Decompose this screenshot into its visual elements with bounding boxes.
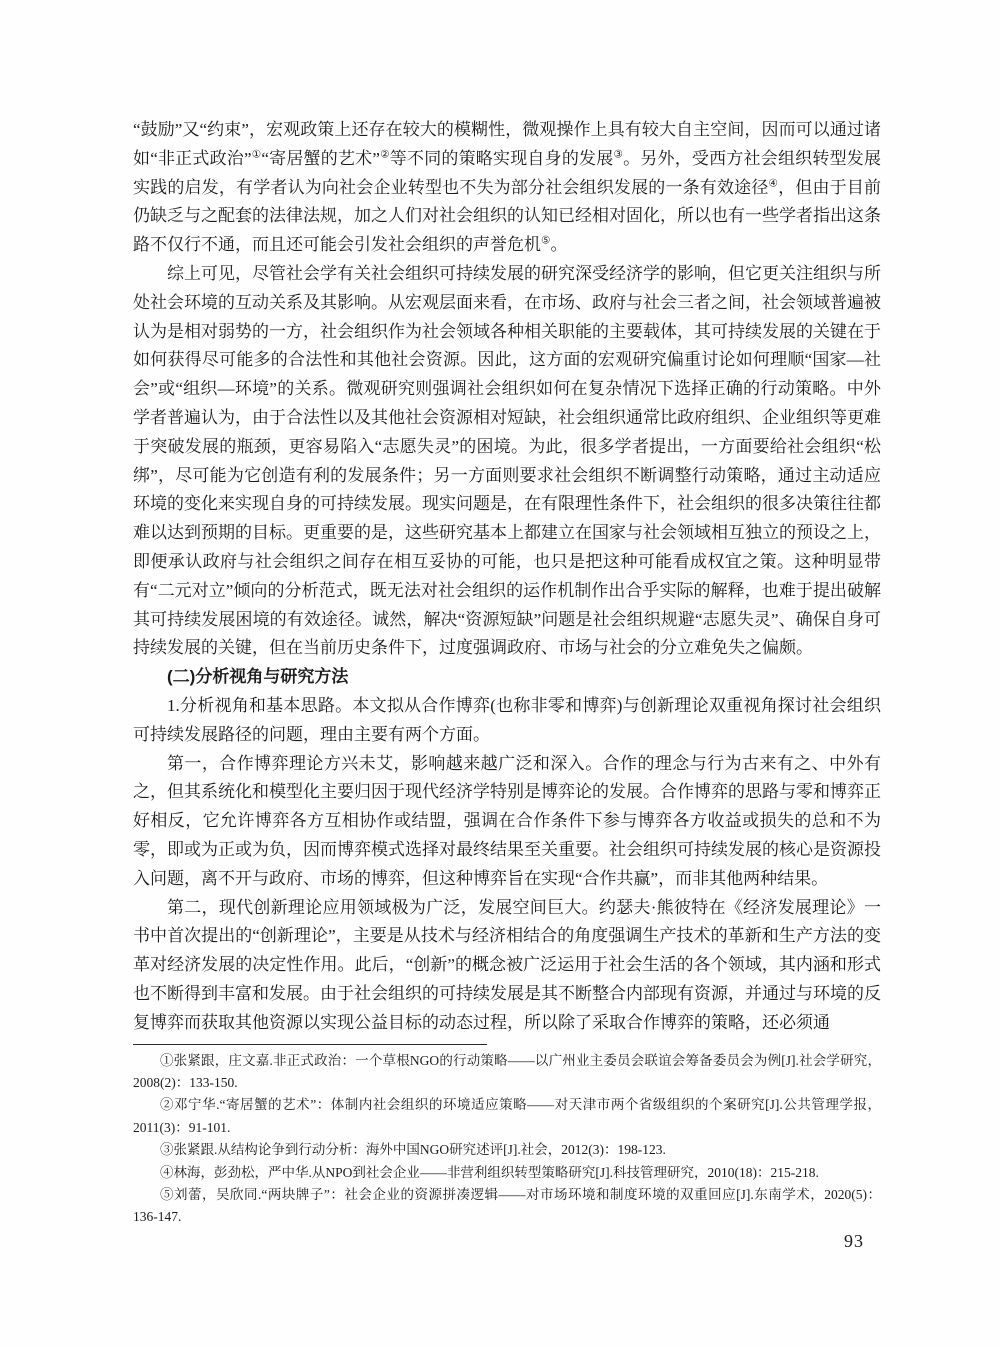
footnote-ref-marker: ④ — [769, 178, 779, 189]
footnote-ref-marker: ① — [252, 149, 262, 160]
footnote-item: ④林海，彭劲松，严中华.从NPO到社会企业——非营利组织转型策略研究[J].科技… — [133, 1162, 881, 1184]
body-paragraph: 1.分析视角和基本思路。本文拟从合作博弈(也称非零和博弈)与创新理论双重视角探讨… — [133, 692, 881, 750]
body-paragraph: 第二，现代创新理论应用领域极为广泛，发展空间巨大。约瑟夫·熊彼特在《经济发展理论… — [133, 894, 881, 1038]
footnote-item: ②邓宁华.“寄居蟹的艺术”：体制内社会组织的环境适应策略——对天津市两个省级组织… — [133, 1094, 881, 1139]
body-paragraph: “鼓励”又“约束”，宏观政策上还存在较大的模糊性，微观操作上具有较大自主空间，因… — [133, 116, 881, 260]
footnote-item: ①张紧跟，庄文嘉.非正式政治：一个草根NGO的行动策略——以广州业主委员会联谊会… — [133, 1050, 881, 1095]
footnote-item: ③张紧跟.从结构论争到行动分析：海外中国NGO研究述评[J].社会，2012(3… — [133, 1139, 881, 1161]
page-number: 93 — [844, 1231, 864, 1252]
footnote-separator-rule — [133, 1044, 487, 1045]
text-column: “鼓励”又“约束”，宏观政策上还存在较大的模糊性，微观操作上具有较大自主空间，因… — [133, 116, 881, 1229]
body-paragraph: 综上可见，尽管社会学有关社会组织可持续发展的研究深受经济学的影响，但它更关注组织… — [133, 260, 881, 663]
section-heading: (二)分析视角与研究方法 — [133, 663, 881, 692]
body-text: “鼓励”又“约束”，宏观政策上还存在较大的模糊性，微观操作上具有较大自主空间，因… — [133, 116, 881, 1038]
body-paragraph: 第一，合作博弈理论方兴未艾，影响越来越广泛和深入。合作的理念与行为古来有之、中外… — [133, 750, 881, 894]
footnote-ref-marker: ③ — [613, 149, 623, 160]
footnote-ref-marker: ② — [380, 149, 390, 160]
footnote-item: ⑤刘蕾，吴欣同.“两块牌子”：社会企业的资源拼凑逻辑——对市场环境和制度环境的双… — [133, 1184, 881, 1229]
footnote-ref-marker: ⑤ — [541, 236, 550, 247]
footnotes-list: ①张紧跟，庄文嘉.非正式政治：一个草根NGO的行动策略——以广州业主委员会联谊会… — [133, 1050, 881, 1229]
paper-page: { "page": { "number": "93" }, "body": { … — [0, 0, 1000, 1347]
